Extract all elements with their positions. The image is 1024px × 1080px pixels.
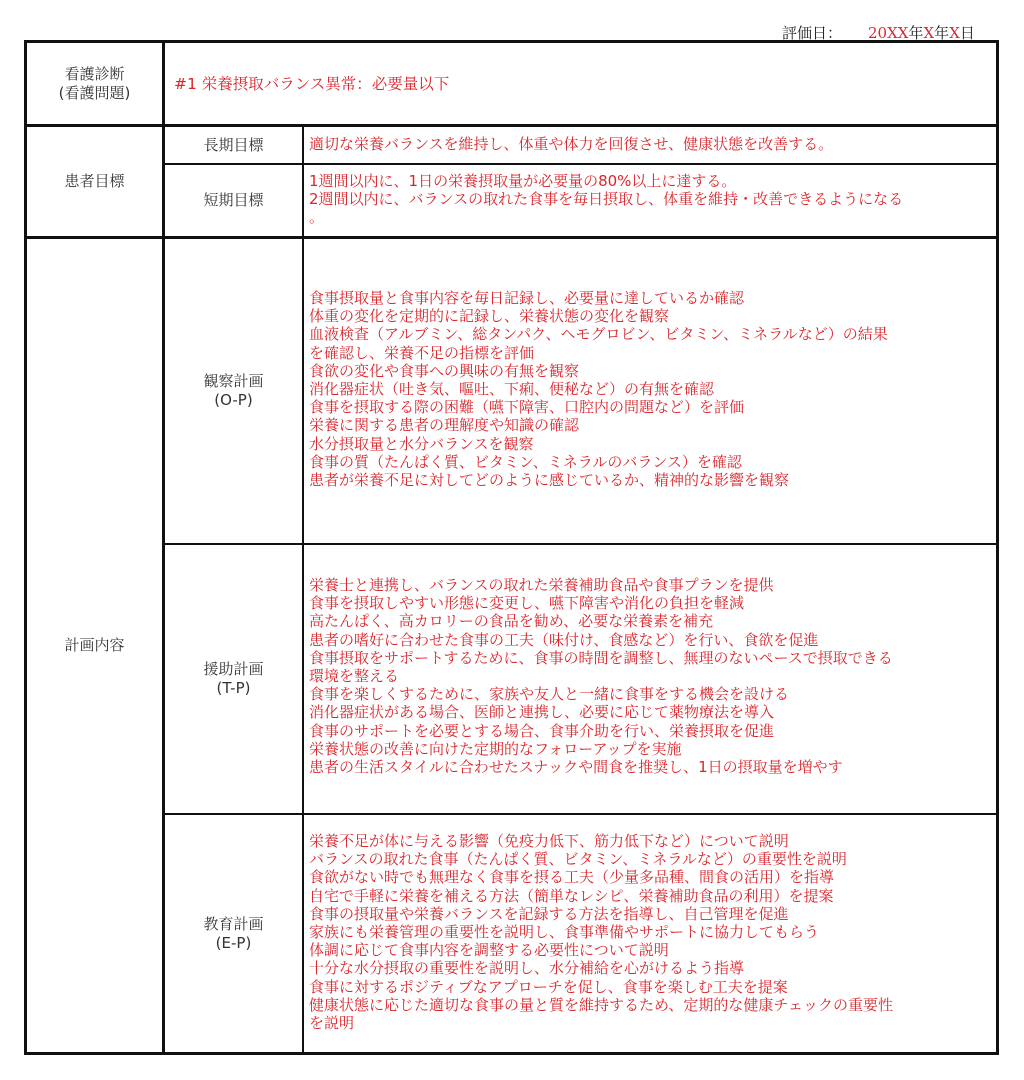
education-item: 自宅で手軽に栄養を補える方法（簡単なレシピ、栄養補助食品の利用）を提案 [309,887,994,905]
education-item: 食事の摂取量や栄養バランスを記録する方法を指導し、自己管理を促進 [309,905,994,923]
treatment-item: 患者の嗜好に合わせた食事の工夫（味付け、食感など）を行い、食欲を促進 [309,631,994,649]
observation-item: 水分摂取量と水分バランスを観察 [309,435,994,453]
long-term-goal-text: 適切な栄養バランスを維持し、体重や体力を回復させ、健康状態を改善する。 [304,135,994,153]
observation-item: 血液検査（アルブミン、総タンパク、ヘモグロビン、ビタミン、ミネラルなど）の結果 [309,325,994,343]
plan-content-label: 計画内容 [27,239,162,1052]
diagnosis-statement: #1 栄養摂取バランス異常：必要量以下 [174,75,985,93]
observation-item: 患者が栄養不足に対してどのように感じているか、精神的な影響を観察 [309,471,994,489]
education-item: バランスの取れた食事（たんぱく質、ビタミン、ミネラルなど）の重要性を説明 [309,850,994,868]
short-term-goal-text: 1週間以内に、1日の栄養摂取量が必要量の80%以上に達する。 2週間以内に、バラ… [304,172,994,227]
short-term-goal-line: 2週間以内に、バランスの取れた食事を毎日摂取し、体重を維持・改善できるようになる [309,190,994,208]
treatment-item: 食事を楽しくするために、家族や友人と一緒に食事をする機会を設ける [309,685,994,703]
education-plan-label-line1: 教育計画 [203,915,263,933]
observation-item: 食事摂取量と食事内容を毎日記録し、必要量に達しているか確認 [309,289,994,307]
education-item: 十分な水分摂取の重要性を説明し、水分補給を心がけるよう指導 [309,959,994,977]
nursing-care-plan-table: 看護診断(看護問題) #1 栄養摂取バランス異常：必要量以下 患者目標 長期目標… [24,40,999,1055]
observation-plan-label-line2: (O-P) [214,391,252,409]
long-term-goal-statement: 適切な栄養バランスを維持し、体重や体力を回復させ、健康状態を改善する。 [309,135,994,153]
short-term-goal-line: 。 [309,208,994,226]
observation-item: 消化器症状（吐き気、嘔吐、下痢、便秘など）の有無を確認 [309,380,994,398]
diagnosis-label-line1: 看護診断 [64,65,124,83]
education-item: 食事に対するポジティブなアプローチを促し、食事を楽しむ工夫を提案 [309,978,994,996]
treatment-plan-label: 援助計画(T-P) [165,545,302,813]
observation-item: 食事を摂取する際の困難（嚥下障害、口腔内の問題など）を評価 [309,398,994,416]
treatment-item: 栄養士と連携し、バランスの取れた栄養補助食品や食事プランを提供 [309,576,994,594]
education-plan-list: 栄養不足が体に与える影響（免疫力低下、筋力低下など）について説明 バランスの取れ… [304,832,994,1032]
treatment-item: 栄養状態の改善に向けた定期的なフォローアップを実施 [309,740,994,758]
treatment-plan-label-line2: (T-P) [217,679,251,697]
treatment-item: 食事を摂取しやすい形態に変更し、嚥下障害や消化の負担を軽減 [309,594,994,612]
treatment-item: 食事摂取をサポートするために、食事の時間を調整し、無理のないペースで摂取できる [309,649,994,667]
education-plan-label: 教育計画(E-P) [165,815,302,1052]
observation-item: 食欲の変化や食事への興味の有無を観察 [309,362,994,380]
treatment-item: 消化器症状がある場合、医師と連携し、必要に応じて薬物療法を導入 [309,703,994,721]
patient-goals-label-text: 患者目標 [64,172,124,191]
short-term-goal-label: 短期目標 [165,165,302,236]
short-term-goal-label-text: 短期目標 [203,191,263,210]
patient-goals-label: 患者目標 [27,127,162,236]
long-term-goal-label-text: 長期目標 [203,136,263,155]
diagnosis-text: #1 栄養摂取バランス異常：必要量以下 [165,75,985,99]
education-item: 体調に応じて食事内容を調整する必要性について説明 [309,941,994,959]
observation-item: 食事の質（たんぱく質、ビタミン、ミネラルのバランス）を確認 [309,453,994,471]
observation-item: を確認し、栄養不足の指標を評価 [309,344,994,362]
long-term-goal-label: 長期目標 [165,127,302,163]
short-term-goal-line: 1週間以内に、1日の栄養摂取量が必要量の80%以上に達する。 [309,172,994,190]
education-plan-label-line2: (E-P) [216,934,252,952]
plan-content-label-text: 計画内容 [64,636,124,655]
education-item: を説明 [309,1014,994,1032]
treatment-item: 患者の生活スタイルに合わせたスナックや間食を推奨し、1日の摂取量を増やす [309,758,994,776]
diagnosis-label: 看護診断(看護問題) [27,43,162,124]
treatment-item: 食事のサポートを必要とする場合、食事介助を行い、栄養摂取を促進 [309,722,994,740]
treatment-item: 環境を整える [309,667,994,685]
observation-item: 栄養に関する患者の理解度や知識の確認 [309,416,994,434]
treatment-plan-list: 栄養士と連携し、バランスの取れた栄養補助食品や食事プランを提供 食事を摂取しやす… [304,576,994,776]
treatment-item: 高たんぱく、高カロリーの食品を勧め、必要な栄養素を補充 [309,612,994,630]
education-item: 家族にも栄養管理の重要性を説明し、食事準備やサポートに協力してもらう [309,923,994,941]
observation-item: 体重の変化を定期的に記録し、栄養状態の変化を観察 [309,307,994,325]
treatment-plan-label-line1: 援助計画 [203,660,263,678]
education-item: 食欲がない時でも無理なく食事を摂る工夫（少量多品種、間食の活用）を指導 [309,868,994,886]
education-item: 栄養不足が体に与える影響（免疫力低下、筋力低下など）について説明 [309,832,994,850]
education-item: 健康状態に応じた適切な食事の量と質を維持するため、定期的な健康チェックの重要性 [309,996,994,1014]
observation-plan-label: 観察計画(O-P) [165,239,302,543]
observation-plan-list: 食事摂取量と食事内容を毎日記録し、必要量に達しているか確認 体重の変化を定期的に… [304,289,994,489]
diagnosis-label-line2: (看護問題) [59,84,131,102]
observation-plan-label-line1: 観察計画 [203,372,263,390]
